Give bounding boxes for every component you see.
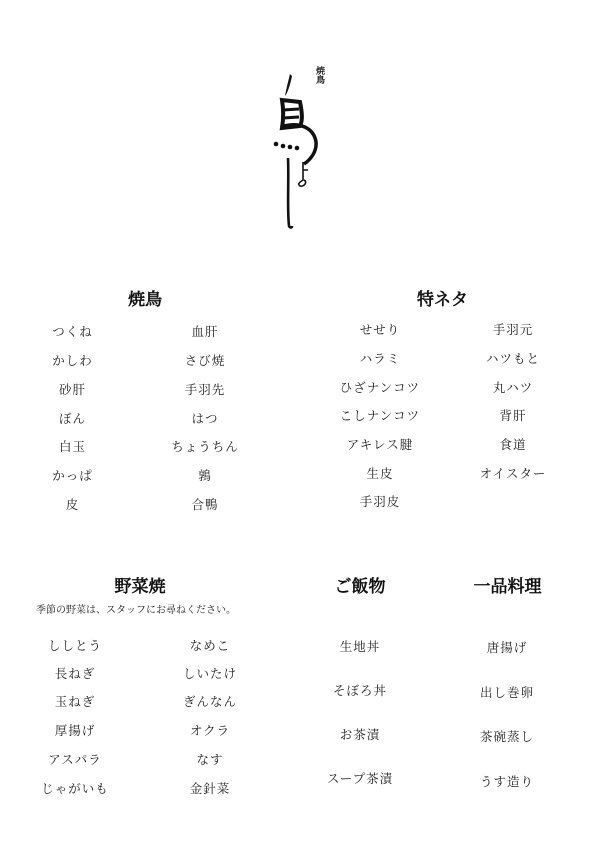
menu-item: 唐揚げ [452, 638, 562, 656]
menu-item: かっぱ [20, 466, 125, 484]
section-title-yasaiyaki: 野菜焼 [90, 572, 190, 597]
seasonal-vegetable-note: 季節の野菜は、スタッフにお尋ねください。 [36, 601, 236, 616]
menu-item: 生地丼 [305, 637, 415, 655]
menu-item: ちょうちん [150, 437, 260, 455]
menu-item: 出し巻卵 [452, 683, 562, 701]
menu-item: なす [155, 750, 265, 768]
menu-item: 白玉 [20, 437, 125, 455]
menu-item: アスパラ [20, 750, 130, 768]
menu-item: しいたけ [155, 664, 265, 682]
menu-item: 玉ねぎ [20, 692, 130, 710]
menu-item: 砂肝 [20, 380, 125, 398]
menu-item: 背肝 [458, 406, 568, 424]
menu-item: ひざナンコツ [325, 378, 435, 396]
menu-item: 手羽元 [458, 320, 568, 338]
menu-item: さび焼 [150, 351, 260, 369]
menu-item: 茶碗蒸し [452, 727, 562, 745]
menu-item: 血肝 [150, 322, 260, 340]
menu-item: はつ [150, 409, 260, 427]
menu-item: 手羽先 [150, 380, 260, 398]
menu-item: 鶉 [150, 466, 260, 484]
menu-item: せせり [325, 320, 435, 338]
menu-item: 丸ハツ [458, 378, 568, 396]
section-title-gohanmono: ご飯物 [310, 572, 410, 597]
menu-item: じゃがいも [20, 779, 130, 797]
menu-item: アキレス腱 [325, 435, 435, 453]
section-title-ippin: 一品料理 [455, 572, 560, 597]
menu-item: お茶漬 [305, 725, 415, 743]
menu-item: うす造り [452, 772, 562, 790]
menu-item: 合鴨 [150, 495, 260, 513]
menu-item: 手羽皮 [325, 492, 435, 510]
menu-item: こしナンコツ [325, 406, 435, 424]
menu-item: 生皮 [325, 464, 435, 482]
menu-item: 金針菜 [155, 779, 265, 797]
menu-item: ぼん [20, 409, 125, 427]
menu-item: つくね [20, 322, 125, 340]
calligraphy-logo-icon [270, 62, 330, 232]
menu-item: スープ茶漬 [305, 769, 415, 787]
menu-item: 食道 [458, 435, 568, 453]
menu-item: そぼろ丼 [305, 681, 415, 699]
menu-item: 長ねぎ [20, 664, 130, 682]
menu-item: かしわ [20, 351, 125, 369]
restaurant-logo: 焼鳥 [270, 62, 330, 232]
menu-item: ハツもと [458, 349, 568, 367]
menu-item: ハラミ [325, 349, 435, 367]
menu-item: ぎんなん [155, 692, 265, 710]
menu-item: ししとう [20, 636, 130, 654]
logo-subtitle: 焼鳥 [312, 66, 324, 84]
menu-item: オクラ [155, 721, 265, 739]
menu-item: 皮 [20, 495, 125, 513]
section-title-tokuneta: 特ネタ [390, 285, 495, 310]
section-title-yakitori: 焼鳥 [95, 285, 195, 310]
menu-item: 厚揚げ [20, 721, 130, 739]
menu-item: なめこ [155, 636, 265, 654]
menu-item: オイスター [458, 464, 568, 482]
